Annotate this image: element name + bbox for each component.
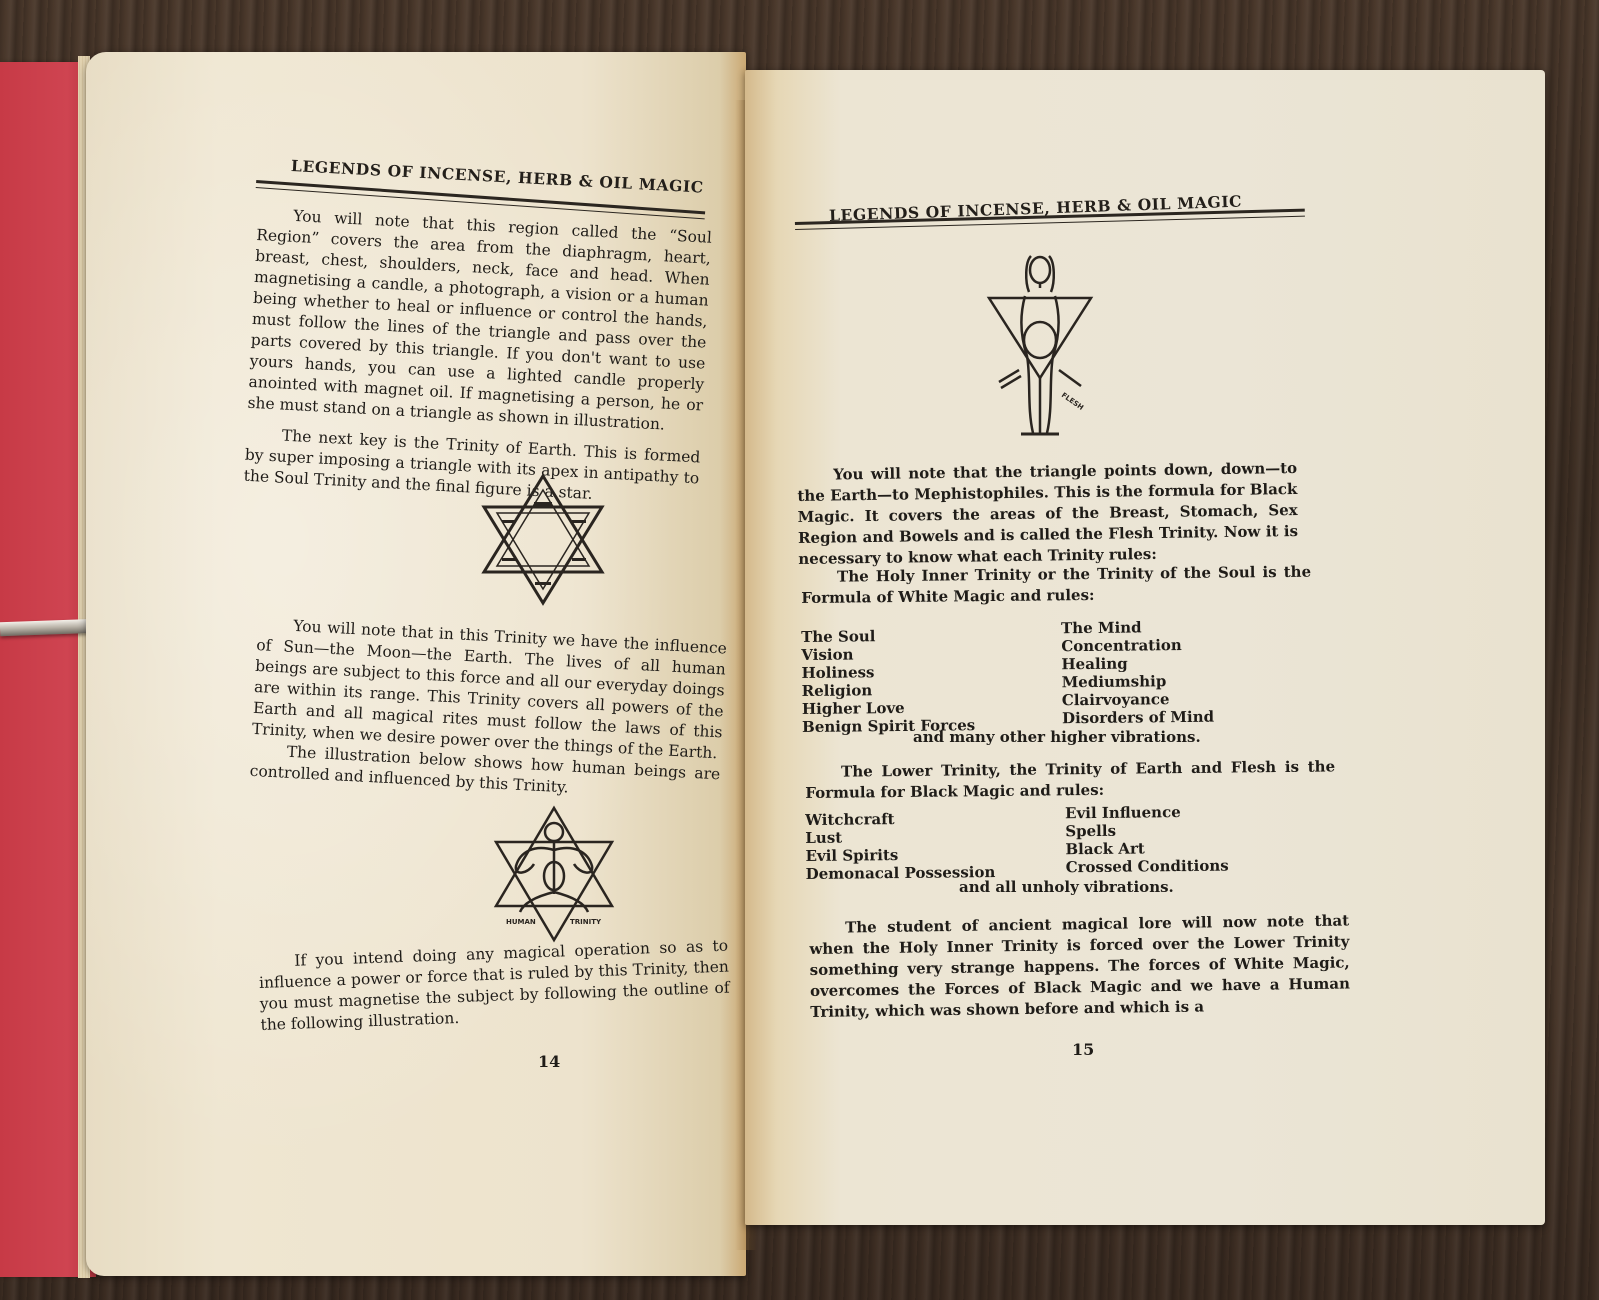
black-magic-intro: The Lower Trinity, the Trinity of Earth … <box>805 756 1335 804</box>
flesh-label: FLESH <box>1060 391 1085 412</box>
black-magic-tail: and all unholy vibrations. <box>959 878 1174 896</box>
left-page: LEGENDS OF INCENSE, HERB & OIL MAGIC You… <box>86 52 746 1276</box>
trinity-label: TRINITY <box>570 918 602 926</box>
rule-item: Disorders of Mind <box>1062 707 1322 728</box>
rule-item: Crossed Conditions <box>1066 856 1326 877</box>
white-magic-left-column: The Soul Vision Holiness Religion Higher… <box>801 619 1062 736</box>
left-text-section-3: If you intend doing any magical operatio… <box>258 936 731 1036</box>
page-number-right: 15 <box>1072 1040 1094 1059</box>
paragraph-trinity-of-earth: The next key is the Trinity of Earth. Th… <box>243 424 701 511</box>
star-of-david-illustration <box>478 472 608 611</box>
paragraph-student-of-magical-lore: The student of ancient magical lore will… <box>809 910 1350 1023</box>
left-text-section-2: You will note that in this Trinity we ha… <box>249 614 727 806</box>
white-magic-right-column: The Mind Concentration Healing Mediumshi… <box>1061 617 1322 734</box>
paragraph-triangle-points-down: You will note that the triangle points d… <box>797 458 1298 570</box>
right-page: LEGENDS OF INCENSE, HERB & OIL MAGIC FLE… <box>745 70 1545 1225</box>
hexagram-icon <box>478 472 608 607</box>
black-magic-intro-text: The Lower Trinity, the Trinity of Earth … <box>805 756 1335 804</box>
standing-figure-icon: FLESH <box>985 248 1095 448</box>
white-magic-rules-list: The Soul Vision Holiness Religion Higher… <box>801 617 1322 736</box>
paragraph-sun-moon-earth: You will note that in this Trinity we ha… <box>251 614 727 764</box>
black-magic-rules-list: Witchcraft Lust Evil Spirits Demonacal P… <box>805 802 1326 883</box>
black-magic-right-column: Evil Influence Spells Black Art Crossed … <box>1065 802 1326 881</box>
right-closing-section: The student of ancient magical lore will… <box>809 910 1350 1023</box>
human-trinity-figure-icon: HUMAN TRINITY <box>484 804 624 944</box>
white-magic-intro-text: The Holy Inner Trinity or the Trinity of… <box>801 562 1311 609</box>
white-magic-intro: The Holy Inner Trinity or the Trinity of… <box>801 562 1311 609</box>
human-label: HUMAN <box>506 918 536 926</box>
flesh-trinity-illustration: FLESH <box>985 248 1095 452</box>
paragraph-magical-operation: If you intend doing any magical operatio… <box>258 936 731 1036</box>
page-number-left: 14 <box>538 1052 560 1071</box>
black-magic-left-column: Witchcraft Lust Evil Spirits Demonacal P… <box>805 804 1066 883</box>
paragraph-soul-region: You will note that this region called th… <box>247 204 712 438</box>
human-trinity-illustration: HUMAN TRINITY <box>484 804 624 948</box>
right-intro-section: You will note that the triangle points d… <box>797 458 1298 570</box>
left-text-section-1: You will note that this region called th… <box>243 204 712 510</box>
white-magic-tail: and many other higher vibrations. <box>913 728 1201 746</box>
